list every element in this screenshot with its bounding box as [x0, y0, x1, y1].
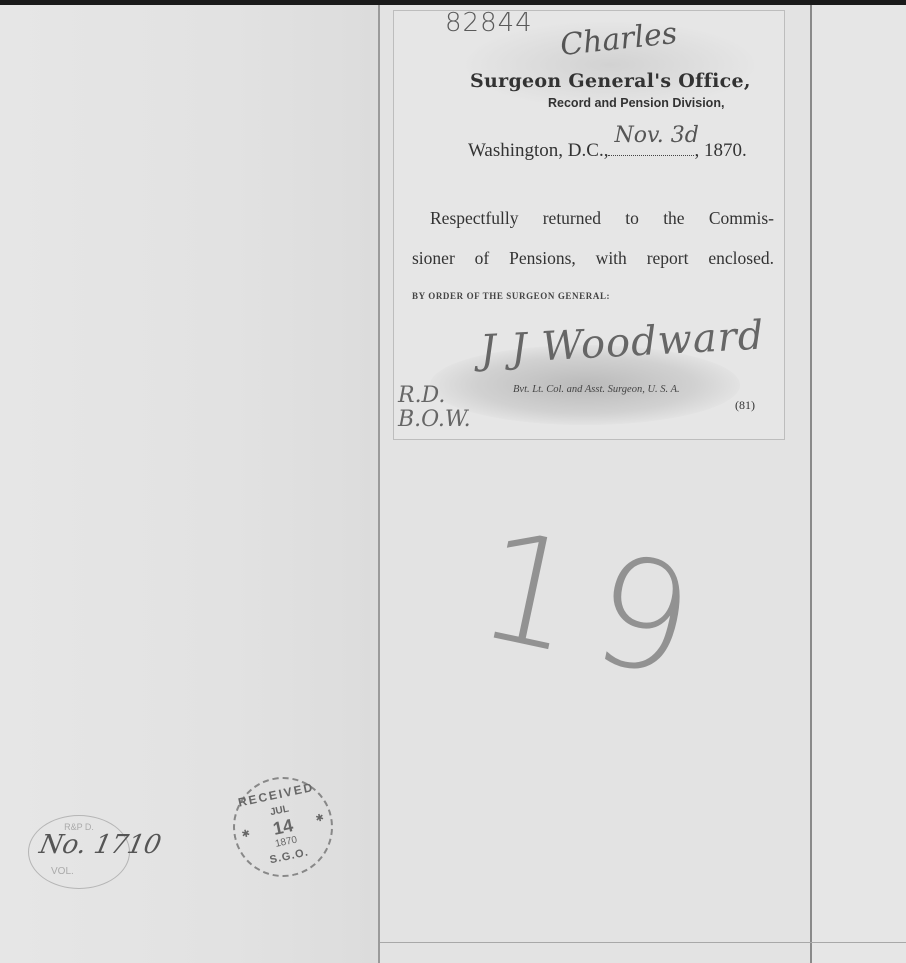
handwritten-no: No. 1710 [37, 830, 164, 860]
initials-line-2: B.O.W. [398, 408, 471, 432]
right-fold-panel [812, 5, 906, 963]
date-line: Washington, D.C.,Nov. 3d, 1870. [468, 140, 747, 162]
statement-line-1: Respectfully returned to the Commis- [412, 198, 774, 238]
signer-rank: Bvt. Lt. Col. and Asst. Surgeon, U. S. A… [513, 384, 680, 395]
office-heading: Surgeon General's Office, [470, 70, 751, 92]
date-blank: Nov. 3d [608, 141, 694, 156]
handwritten-volume-number: No. 1710 [37, 830, 164, 860]
division-heading: Record and Pension Division, [548, 96, 724, 110]
fold-crease-left [378, 5, 380, 963]
statement-line-2: sioner of Pensions, with report enclosed… [412, 238, 774, 278]
form-number: (81) [735, 398, 755, 413]
handwritten-date: Nov. 3d [614, 123, 698, 148]
by-order-text: BY ORDER OF THE SURGEON GENERAL: [412, 291, 610, 301]
year-text: , 1870. [694, 140, 746, 161]
clerk-initials: R.D. B.O.W. [398, 384, 471, 432]
bottom-fold-edge [380, 942, 906, 943]
return-statement: Respectfully returned to the Commis- sio… [412, 198, 774, 278]
oval-bottom-text: VOL. [51, 866, 74, 877]
place-text: Washington, D.C., [468, 140, 608, 161]
fold-crease-right [810, 5, 812, 963]
handwritten-file-number: 82844 [445, 8, 533, 38]
initials-line-1: R.D. [398, 384, 471, 408]
